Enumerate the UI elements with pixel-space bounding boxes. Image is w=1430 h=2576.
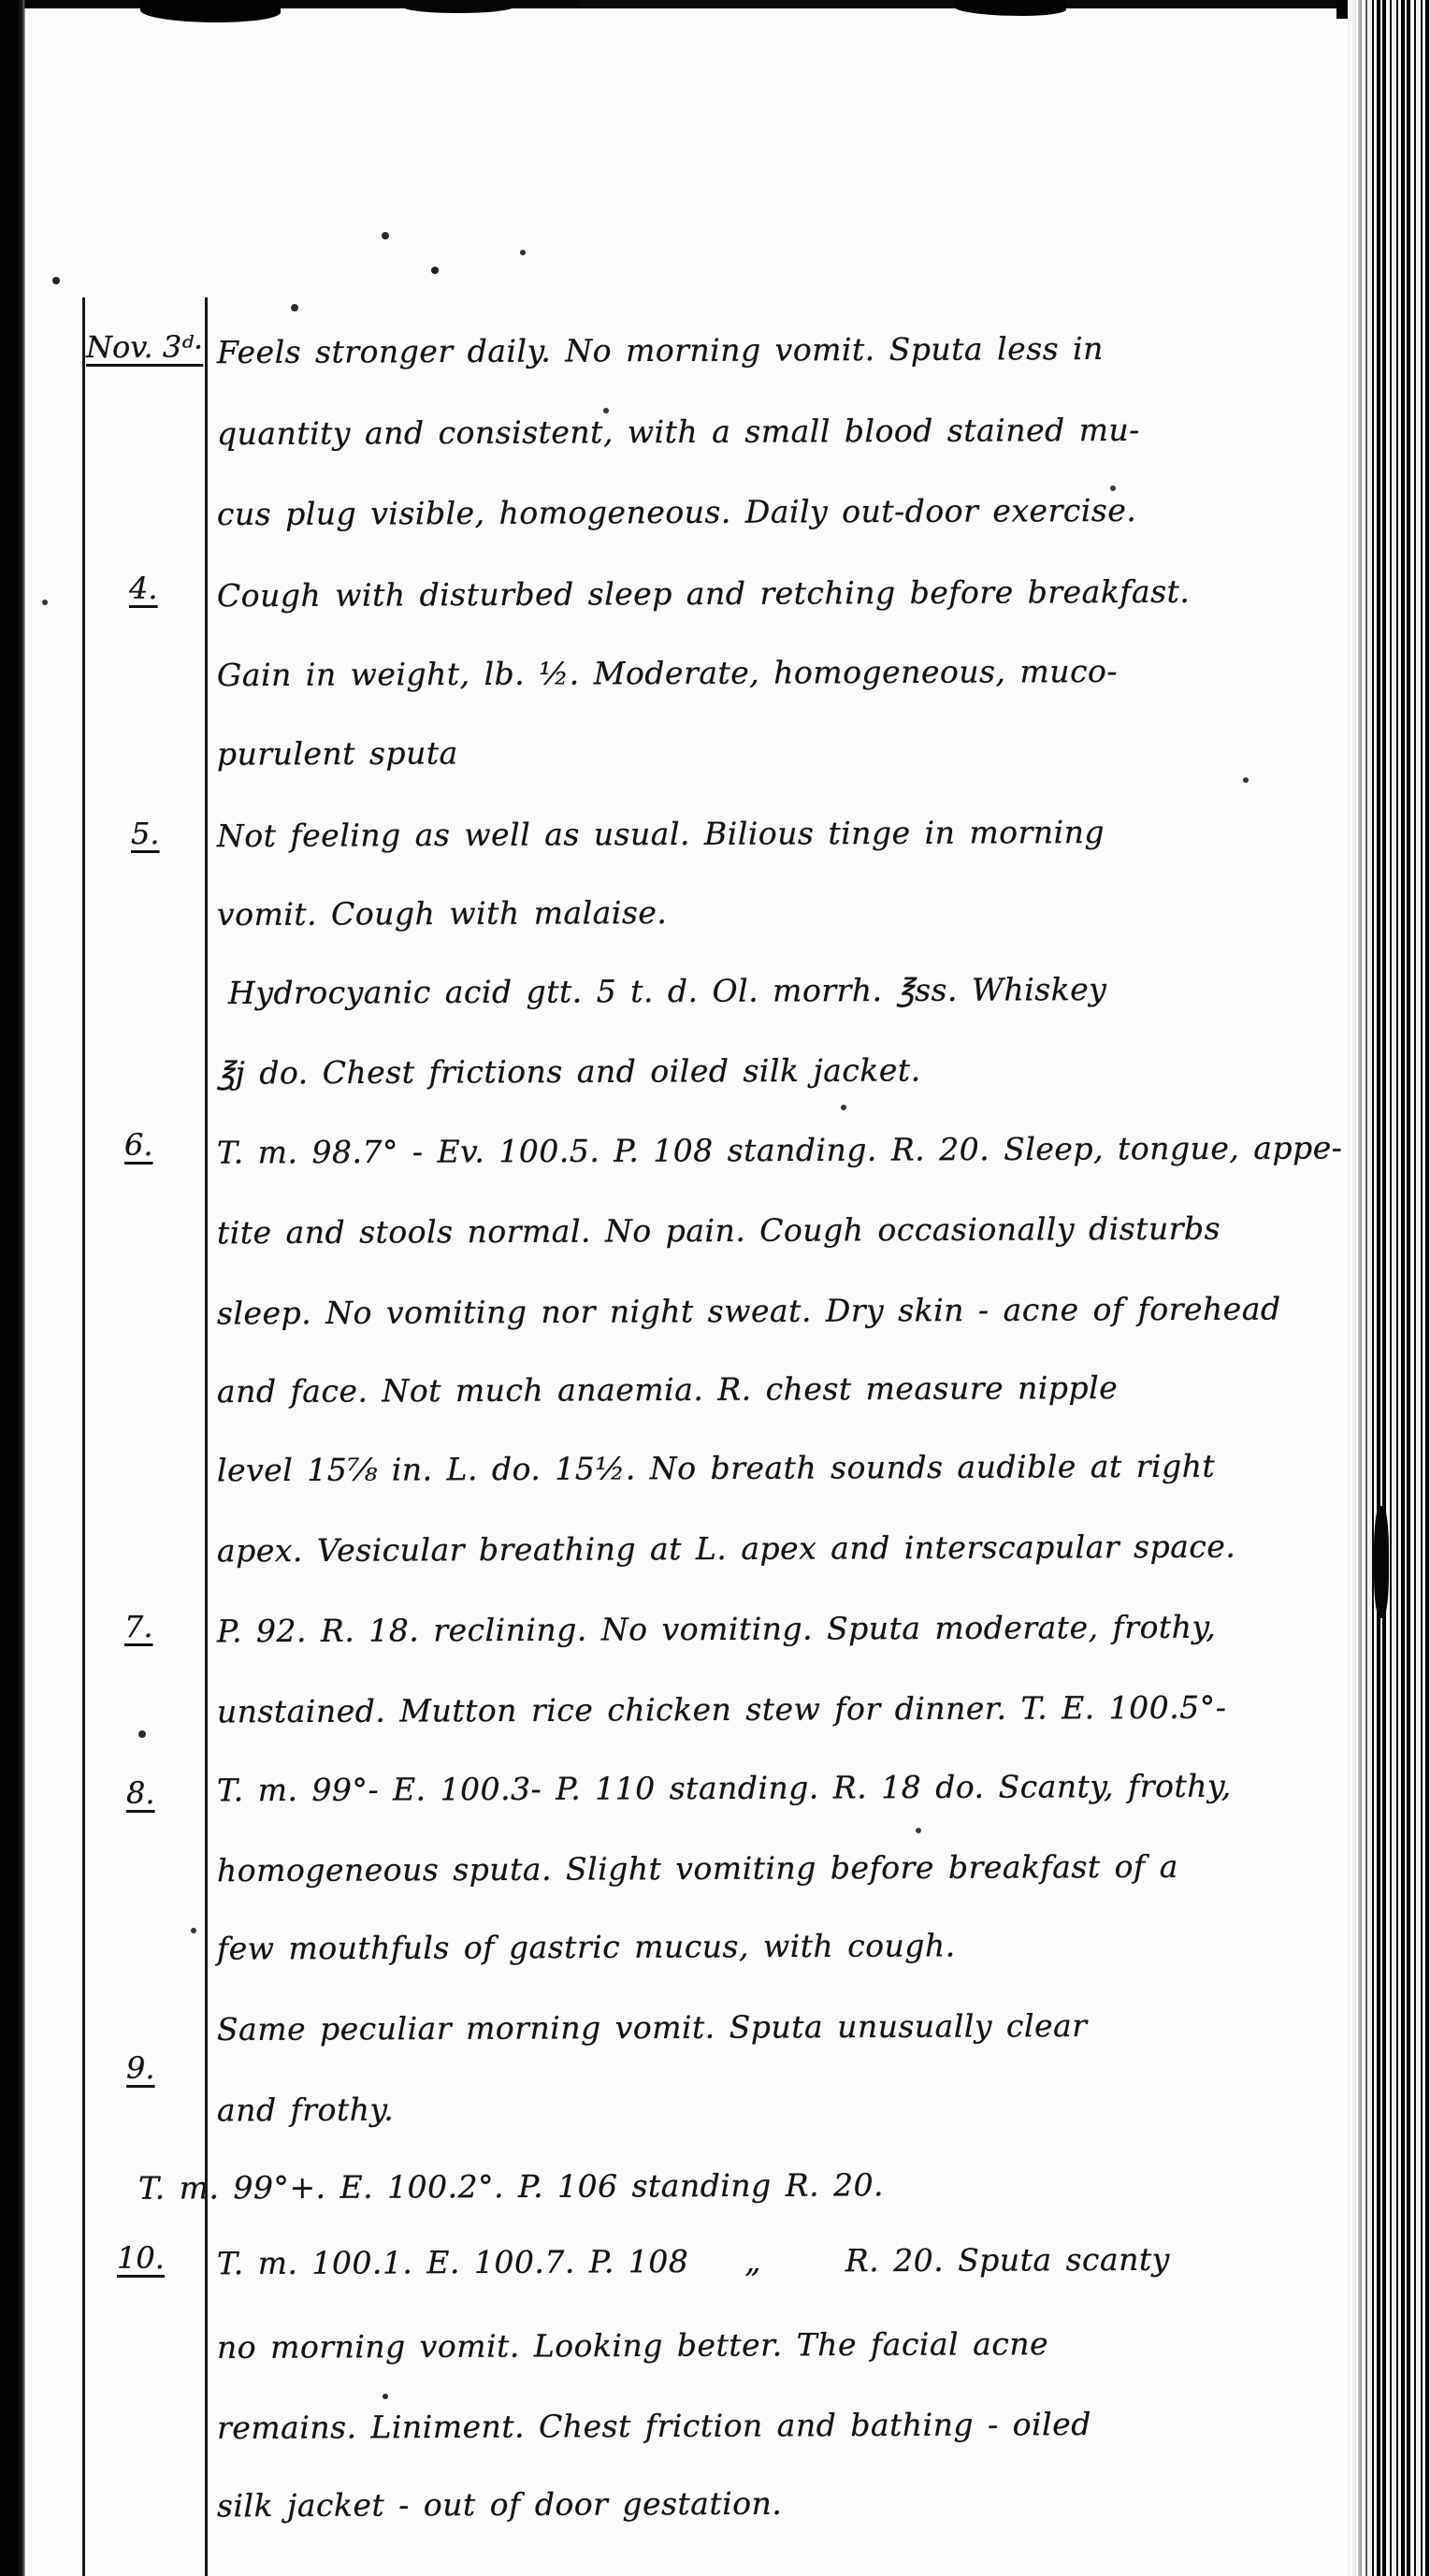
entry-line: remains. Liniment. Chest friction and ba… xyxy=(217,2406,1091,2446)
entry-date-5: 5. xyxy=(131,816,160,851)
entry-line: purulent sputa xyxy=(217,734,458,772)
entry-date-6: 6. xyxy=(124,1127,153,1163)
entry-line: few mouthfuls of gastric mucus, with cou… xyxy=(217,1927,956,1966)
entry-date-8: 8. xyxy=(126,1775,155,1811)
entry-line: and frothy. xyxy=(217,2091,394,2129)
scan-edge-top-blob xyxy=(402,0,514,13)
entry-line: sleep. No vomiting nor night sweat. Dry … xyxy=(217,1291,1281,1332)
journal-page-scan: Nov. 3ᵈ· 4. 5. 6. 7. 8. 9. 10. Feels str… xyxy=(0,0,1430,2576)
entry-line: no morning vomit. Looking better. The fa… xyxy=(217,2325,1048,2366)
scan-edge-top-blob xyxy=(140,0,281,22)
entry-line: ℥j do. Chest frictions and oiled silk ja… xyxy=(217,1051,921,1091)
entry-line: T. m. 99°- E. 100.3- P. 110 standing. R.… xyxy=(217,1768,1232,1809)
entry-line: Not feeling as well as usual. Bilious ti… xyxy=(217,814,1105,854)
entry-line: Gain in weight, lb. ½. Moderate, homogen… xyxy=(217,653,1118,693)
entry-date-9: 9. xyxy=(126,2050,155,2086)
book-page-edges xyxy=(1348,0,1430,2576)
date-column-rule-right xyxy=(205,297,208,2576)
book-binding-edge xyxy=(0,0,28,2576)
entry-line: cus plug visible, homogeneous. Daily out… xyxy=(217,492,1136,532)
entry-line: tite and stools normal. No pain. Cough o… xyxy=(217,1210,1221,1252)
entry-line: homogeneous sputa. Slight vomiting befor… xyxy=(217,1848,1178,1889)
entry-line: T. m. 99°+. E. 100.2°. P. 106 standing R… xyxy=(138,2166,884,2206)
book-page-edge-blot xyxy=(1374,1506,1389,1618)
date-column-rule-left xyxy=(82,297,85,2576)
entry-date-7: 7. xyxy=(124,1609,153,1644)
entry-line: vomit. Cough with malaise. xyxy=(217,894,668,933)
entry-date-nov3: Nov. 3ᵈ· xyxy=(86,329,203,365)
entry-line: Cough with disturbed sleep and retching … xyxy=(217,573,1191,615)
entry-line: P. 92. R. 18. reclining. No vomiting. Sp… xyxy=(217,1609,1216,1650)
entry-line: Hydrocyanic acid gtt. 5 t. d. Ol. morrh.… xyxy=(228,971,1106,1011)
entry-line: level 15⅞ in. L. do. 15½. No breath soun… xyxy=(217,1448,1215,1489)
entry-date-4: 4. xyxy=(129,571,158,606)
entry-date-10: 10. xyxy=(117,2240,165,2276)
entry-line: and face. Not much anaemia. R. chest mea… xyxy=(217,1369,1118,1410)
entry-line: apex. Vesicular breathing at L. apex and… xyxy=(217,1528,1236,1570)
ink-specks xyxy=(0,0,4,4)
entry-line: Feels stronger daily. No morning vomit. … xyxy=(217,330,1104,370)
entry-line: T. m. 98.7° - Ev. 100.5. P. 108 standing… xyxy=(217,1129,1343,1170)
scan-edge-top-blob xyxy=(954,0,1066,16)
entry-line: T. m. 100.1. E. 100.7. P. 108 „ R. 20. S… xyxy=(217,2241,1170,2281)
entry-line: unstained. Mutton rice chicken stew for … xyxy=(217,1689,1227,1730)
entry-line: quantity and consistent, with a small bl… xyxy=(217,412,1140,452)
entry-line: Same peculiar morning vomit. Sputa unusu… xyxy=(217,2007,1088,2048)
entry-line: silk jacket - out of door gestation. xyxy=(217,2485,783,2525)
